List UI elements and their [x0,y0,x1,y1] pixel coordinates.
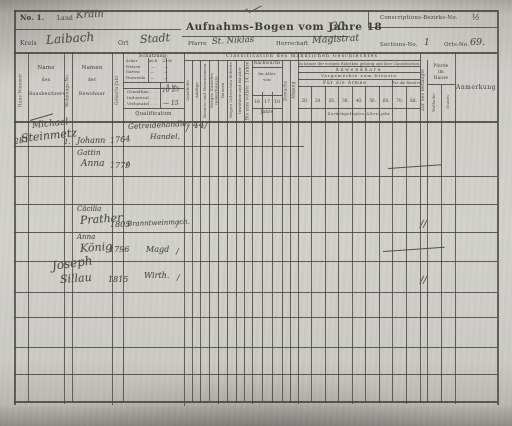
age-column-label: 30. [339,95,353,105]
schaetzung-land-rows: Äcker Joch 2300Wiesen — —Gärten — —Hutwe… [126,59,172,81]
rule-line [441,84,442,402]
col-resident-line2: der [72,78,112,83]
entry4-year: 1796 [109,245,129,254]
rule-line [14,146,304,147]
kreis-label: Kreis [20,40,37,47]
conscription-district-label: Conscriptions-Bezirks-No. [380,15,458,21]
rule-line [298,108,420,109]
nachwuchs-year: 17 [262,97,272,107]
schaetzung-title: Schätzung: [123,54,184,59]
qualification-label: Qualification [123,111,184,117]
schaetzung-value-grundbau: 10 25 [162,86,180,94]
classification-category-label: Adelige [193,61,202,120]
classification-category-label: Wegen Gebrechen Befreite [227,61,236,120]
age-column-label: 26. [325,95,339,105]
group-header-reserve: Für die Reserve [392,81,420,85]
entry4-tick: ∕ [176,247,179,256]
age-column-label: Ält. [407,95,421,105]
schaetzung-land-row: Hutweide — — [126,76,172,82]
form-title: Aufnahms-Bogen vom Jahre 18 [186,21,382,33]
entry2-relation: Gattin [77,148,101,157]
entry2-tick: ∕ [126,160,129,169]
classification-title: Classification des männlichen Geschlecht… [184,54,420,59]
col-resident-line3: Bewohner [72,92,112,97]
entry1-year: 1764 [110,134,131,145]
sections-no-value: 1 [424,38,430,48]
age-columns: 20.24.26.30.40.50.60.70.Ält. [298,95,420,105]
rule-line [455,52,456,404]
col-owner-line2: des [28,78,64,83]
age-column-label: 70. [393,95,407,105]
nachwuchs-sub1: Im Alter [252,71,282,76]
rule-line [325,86,326,403]
rule-line [368,27,497,28]
pferde-title-3: Hause [427,75,455,80]
land-value: Krain [76,9,104,21]
col-bis-14-jahre: Bis zum vollstr. 14. Jahre [244,60,252,121]
schaetzung-money-label: Viehstand . . . [127,101,158,107]
rule-line [352,86,353,404]
rule-line [311,86,312,402]
nachwuchs-sub2: von [252,77,282,82]
entry5-owner-first: Joseph [51,253,93,273]
rule-line [497,10,499,405]
nachwuchs-unit: Jahre [252,110,282,115]
nachwuchs-year: 16 [252,97,262,107]
entry1-count-mark: 44∕ [193,121,207,131]
rule-line [262,92,263,402]
col-zuwachs: Zuwachs [282,60,290,121]
entry4-occupation: Magd [146,245,169,254]
rule-line [14,176,497,177]
rule-line [338,86,339,401]
herrschaft-value: Magistrat [312,33,360,46]
rule-line [392,79,393,401]
classification-category-label: Inwohner und Häusler [236,61,245,120]
group-header-armee: Für die Armee [298,80,392,85]
ort-value: Stadt [140,31,171,46]
rule-line [272,92,273,403]
rule-line [252,67,282,68]
entry2-resident: Anna [81,159,104,169]
entry1-tick: ∕ [186,124,189,134]
age-column-label: 50. [366,95,380,105]
schaetzung-money-labels: Grundbau . . .Industrial . . .Viehstand … [127,89,158,108]
entry3-occupation: Branntweinmach. [127,218,190,228]
col-wohnungs-no: Wohnungs-No. [64,60,72,121]
nachwuchs-title: Nachwuchs [252,61,282,66]
pferde-column-label: Wallache [427,84,441,121]
pferde-columns: WallacheStuten [427,84,455,121]
orts-no-value: 69. [470,37,485,48]
rule-line [28,52,29,402]
entry5-owner-last: Sillau [60,271,93,286]
sections-no-label: Sections-No. [380,42,418,48]
land-label: Land [57,15,73,22]
rule-line [14,29,181,30]
rule-line [252,108,282,109]
group-header-line2: Anwendbare [298,67,420,72]
rule-line [379,86,380,403]
classification-category-label: Bürger, Künstler, Gewerbsleute [210,61,219,120]
schaetzung-land-row: Gärten — — [126,70,172,76]
rule-line [406,86,407,404]
ort-label: Ort [118,40,129,47]
col-zur-see: Zur See Befähigte [420,60,427,121]
classification-category-label: Geistliche [184,61,193,120]
entry1-occupation-2: Handel. [150,132,180,141]
rule-line [72,52,73,401]
pfarre-value: St. Niklas [212,35,255,47]
entry1-occupation-1: Getreidehändler [128,119,191,131]
group-footer: Zurückgelegtes Altersjahr [298,111,420,116]
group-header-line3: Vorgemerkte zum Dienste [298,73,420,78]
rule-line [14,292,497,293]
form-title-year: 30. [331,19,349,33]
entry4-resident: König [80,240,113,255]
classification-category-columns: GeistlicheAdeligeBeamte und Honoratioren… [184,61,244,120]
col-resident-line1: Namen [72,65,112,71]
col-geburtsjahr: Geburts-Jahr [112,60,123,121]
entry5-occupation: Wirth. [144,271,169,280]
entry5-tick: ∕ [177,273,180,282]
pferde-title-2: im [427,69,455,74]
census-form-scan: No. 1. Land Krain Aufnahms-Bogen vom Jah… [0,0,512,426]
pferde-title-1: Pferde [427,63,455,68]
schaetzung-value-viehstand: — 15 [163,100,179,107]
pfarre-label: Pfarre [188,41,207,47]
rule-line [365,86,366,402]
classification-category-label: Bauern [219,61,228,120]
herrschaft-label: Herrschaft [276,41,308,47]
rule-line [14,121,497,123]
nachwuchs-year: 18 [272,97,282,107]
age-column-label: 40. [352,95,366,105]
rule-line [252,95,282,96]
col-owner-line3: Hausbesitzers [28,92,64,97]
form-number: No. 1. [20,13,44,22]
kreis-value: Laibach [46,30,95,47]
entry1-seq: 1. [64,138,71,146]
group-header-line1: In keiner der vorigen Rubriken gehörig u… [299,62,419,66]
entry5-class-ticks: ∕∕ [420,275,427,286]
rule-line [14,317,497,318]
anmerkung-label: Anmerkung [455,84,497,91]
col-haus-nummer: Haus-Nummer [14,60,28,121]
entry4-relation: Anna [77,233,95,241]
rule-line [14,347,497,348]
age-column-label: 24. [312,95,326,105]
rule-line [298,86,420,87]
age-column-label: 60. [379,95,393,105]
rule-line [14,374,497,375]
nachwuchs-years: 161718 [252,97,282,107]
schaetzung-land-row: Äcker Joch 2300 [126,59,172,65]
orts-no-label: Orts-No. [444,42,469,48]
col-abgang: Abgang [290,60,298,121]
rule-line [14,401,497,403]
strike-mark [388,164,442,169]
entry1-resident: Johann [77,136,105,145]
entry3-class-ticks: ∕∕ [420,219,427,230]
rule-line [123,108,184,109]
col-owner-line1: Name [28,65,64,71]
conscription-district-value: ½ [472,13,480,22]
entry5-year: 1815 [108,275,128,284]
age-column-label: 20. [298,95,312,105]
pferde-column-label: Stuten [441,84,455,121]
entry3-tick: ∕ [176,220,179,229]
